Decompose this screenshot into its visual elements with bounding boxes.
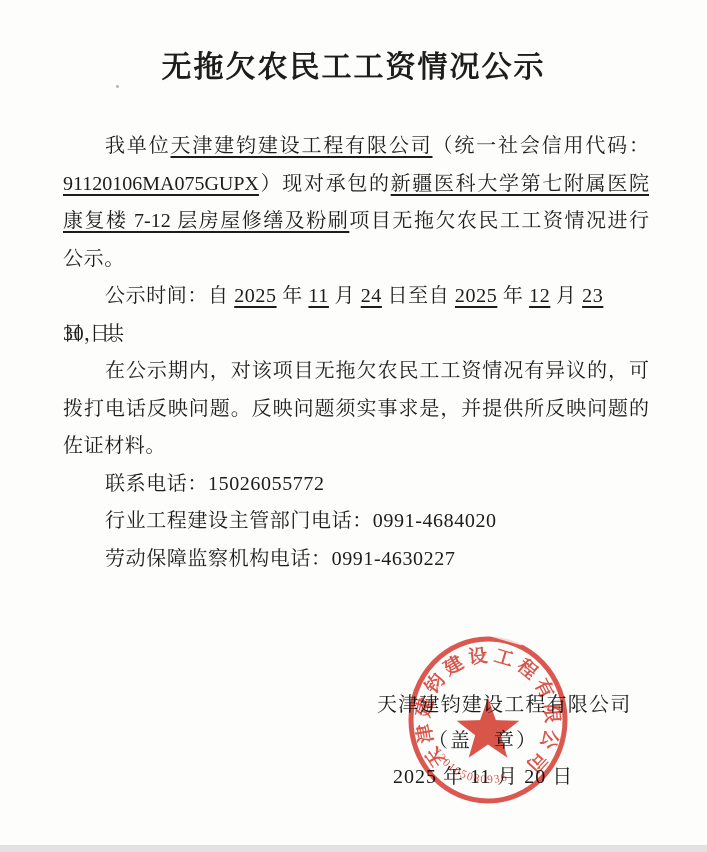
underlined-year-start: 2025 bbox=[234, 285, 276, 307]
document-body: 我单位天津建钧建设工程有限公司（统一社会信用代码： 91120106MA075G… bbox=[63, 128, 649, 578]
body-line-publicity-period: 公示时间：自 2025 年 11 月 24 日至自 2025 年 12 月 23… bbox=[63, 278, 649, 316]
labor-inspection-phone-line: 劳动保障监察机构电话：0991-4630227 bbox=[63, 541, 649, 579]
notice-document: 无拖欠农民工工资情况公示 我单位天津建钧建设工程有限公司（统一社会信用代码： 9… bbox=[0, 0, 707, 852]
contact-phone-line: 联系电话：15026055772 bbox=[63, 466, 649, 504]
company-seal-stamp: 天津建钧建设工程有限公司 120105080936 bbox=[398, 628, 578, 812]
underlined-day-start: 24 bbox=[361, 285, 382, 307]
body-line-objection-3: 佐证材料。 bbox=[63, 428, 649, 466]
text-segment: 项目无拖欠农民工工资情况进行 bbox=[349, 210, 649, 232]
body-line-project: 康复楼 7-12 层房屋修缮及粉刷项目无拖欠农民工工资情况进行 bbox=[63, 203, 649, 241]
document-title: 无拖欠农民工工资情况公示 bbox=[0, 42, 707, 86]
text-segment: 拨打电话反映问题。反映问题须实事求是，并提供所反映问题的 bbox=[63, 398, 649, 420]
contact-phone: 联系电话：15026055772 bbox=[105, 473, 325, 495]
scan-speck bbox=[116, 85, 119, 88]
scan-edge-line bbox=[0, 845, 707, 852]
seal-star-icon bbox=[457, 698, 520, 758]
text-segment: 30 日。 bbox=[63, 323, 131, 345]
text-segment: 年 bbox=[497, 285, 529, 307]
text-segment: 公示。 bbox=[63, 248, 125, 270]
underlined-project-name: 康复楼 7-12 层房屋修缮及粉刷 bbox=[63, 210, 349, 232]
text-segment: 佐证材料。 bbox=[63, 435, 166, 457]
underlined-month-end: 12 bbox=[529, 285, 550, 307]
underlined-year-end: 2025 bbox=[455, 285, 497, 307]
underlined-credit-code: 91120106MA075GUPX bbox=[63, 173, 259, 195]
industry-dept-phone-line: 行业工程建设主管部门电话：0991-4684020 bbox=[63, 503, 649, 541]
text-segment: 公示时间：自 bbox=[105, 285, 234, 307]
text-segment: 月 bbox=[329, 285, 361, 307]
body-line-credit-code: 91120106MA075GUPX）现对承包的新疆医科大学第七附属医院 bbox=[63, 166, 649, 204]
underlined-company-name: 天津建钧建设工程有限公司 bbox=[171, 135, 433, 157]
text-segment: 我单位 bbox=[105, 135, 171, 157]
text-segment: ）现对承包的 bbox=[259, 173, 391, 195]
text-segment: 月 bbox=[550, 285, 582, 307]
body-line-gongshi: 公示。 bbox=[63, 241, 649, 279]
underlined-day-end: 23 bbox=[582, 285, 603, 307]
body-line-company-intro: 我单位天津建钧建设工程有限公司（统一社会信用代码： bbox=[63, 128, 649, 166]
underlined-month-start: 11 bbox=[308, 285, 328, 307]
underlined-project-name: 新疆医科大学第七附属医院 bbox=[391, 173, 649, 195]
body-line-objection-1: 在公示期内，对该项目无拖欠农民工工资情况有异议的，可 bbox=[63, 353, 649, 391]
labor-inspection-phone: 劳动保障监察机构电话：0991-4630227 bbox=[105, 548, 455, 570]
industry-dept-phone: 行业工程建设主管部门电话：0991-4684020 bbox=[105, 510, 497, 532]
text-segment: 日至自 bbox=[382, 285, 455, 307]
text-segment: 在公示期内，对该项目无拖欠农民工工资情况有异议的，可 bbox=[105, 360, 649, 382]
body-line-objection-2: 拨打电话反映问题。反映问题须实事求是，并提供所反映问题的 bbox=[63, 391, 649, 429]
body-line-duration: 30 日。 bbox=[63, 316, 649, 354]
text-segment: 年 bbox=[277, 285, 309, 307]
text-segment: （统一社会信用代码： bbox=[433, 135, 650, 157]
